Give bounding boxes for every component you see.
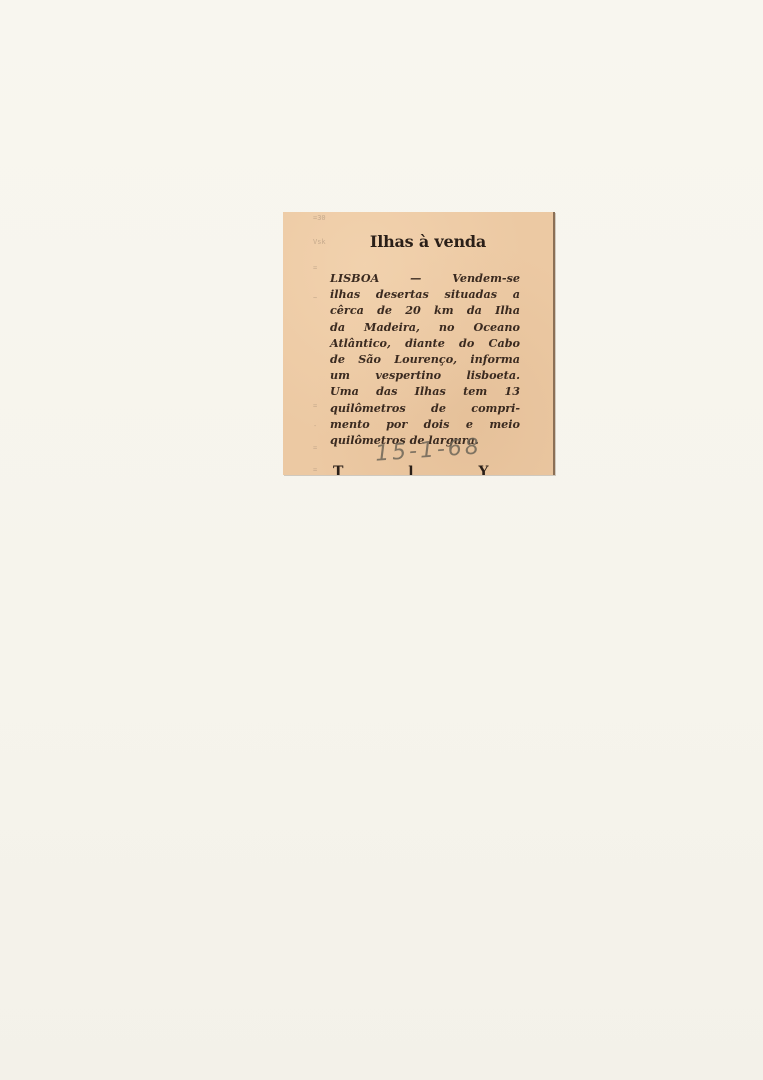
margin-mark: = <box>313 466 317 474</box>
margin-mark: = <box>313 402 317 410</box>
article-line: quilômetros de compri- <box>330 400 520 416</box>
article-line: cêrca de 20 km da Ilha <box>330 302 520 318</box>
margin-mark: - <box>313 422 317 430</box>
article-line: Uma das Ilhas tem 13 <box>330 383 520 399</box>
article-line: de São Lourenço, informa <box>330 351 520 367</box>
document-page: =30 Vsk = ~ = - = = Ilhas à venda LISBOA… <box>0 0 763 1080</box>
article-body: LISBOA — Vendem-se ilhas desertas situad… <box>330 270 520 448</box>
cutoff-next-headline: T l Y <box>333 464 518 475</box>
article-line: LISBOA — Vendem-se <box>330 270 520 286</box>
margin-mark: ~ <box>313 294 317 302</box>
newspaper-clipping: =30 Vsk = ~ = - = = Ilhas à venda LISBOA… <box>283 212 555 475</box>
article-line: da Madeira, no Oceano <box>330 319 520 335</box>
article-line: mento por dois e meio <box>330 416 520 432</box>
article-line: um vespertino lisboeta. <box>330 367 520 383</box>
margin-mark: = <box>313 264 317 272</box>
article-line: Atlântico, diante do Cabo <box>330 335 520 351</box>
margin-mark: =30 <box>313 214 326 222</box>
margin-mark: = <box>313 444 317 452</box>
headline: Ilhas à venda <box>283 232 553 251</box>
article-line: ilhas desertas situadas a <box>330 286 520 302</box>
